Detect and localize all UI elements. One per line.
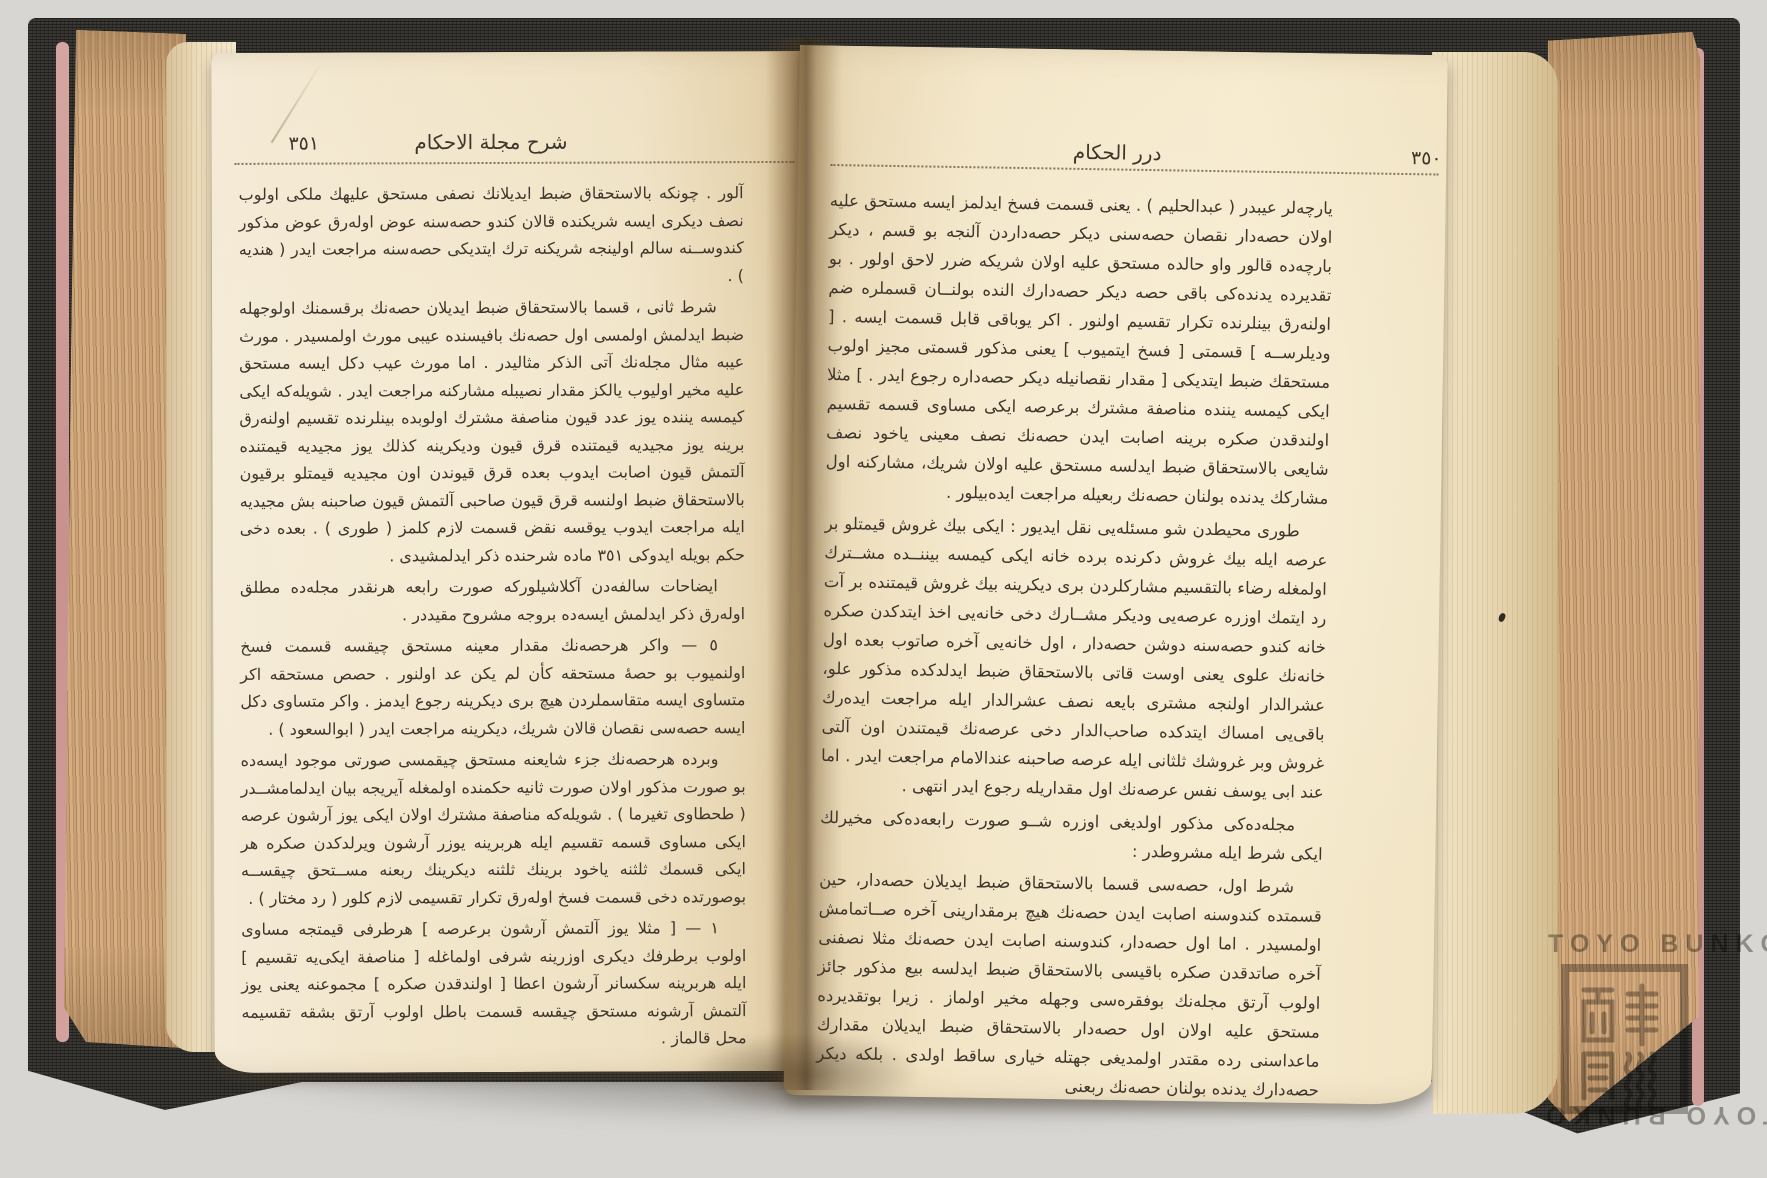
page-edges-right [1548,32,1700,1126]
running-title-right: درر الحكام [865,137,1368,169]
left-page-text: آلور . چونكه بالاستحقاق ضبط ايديلانك نصف… [239,179,747,1053]
left-page-content: ٣٥١ شرح مجلة الاحكام آلور . چونكه بالاست… [238,125,746,1057]
text-paragraph: طورى محيطدن شو مسئله‌يى نقل ايديور : ايك… [820,509,1327,807]
running-title-left: شرح مجلة الاحكام [238,129,743,155]
text-paragraph: شرط اول، حصه‌سى قسما بالاستحقاق ضبط ايدي… [816,865,1323,1105]
text-paragraph: وبرده هرحصه‌نك جزء شايعنه مستحق چيقمسى ص… [241,745,747,912]
photograph-background: ٣٥١ شرح مجلة الاحكام آلور . چونكه بالاست… [0,0,1767,1178]
left-page-header: ٣٥١ شرح مجلة الاحكام [238,125,743,163]
text-paragraph: شرط ثانى ، قسما بالاستحقاق ضبط ايديلان ح… [239,293,745,570]
page-stack-right [1432,52,1558,1114]
page-number-right: ٣٥٠ [1411,147,1442,169]
text-paragraph: ايضاحات سالفه‌دن آكلاشيلوركه صورت رابعه … [240,572,745,629]
text-paragraph: آلور . چونكه بالاستحقاق ضبط ايديلانك نصف… [239,179,744,291]
text-paragraph: يارچه‌لر عيبدر ( عبدالحليم ) . يعنى قسمت… [825,186,1333,513]
right-page-text: يارچه‌لر عيبدر ( عبدالحليم ) . يعنى قسمت… [816,186,1333,1105]
right-page-content: درر الحكام ٣٥٠ يارچه‌لر عيبدر ( عبدالحلي… [816,128,1334,1109]
text-paragraph: ١ — [ مثلا يوز آلتمش آرشون برعرصه ] هرطر… [241,914,746,1053]
text-paragraph: ٥ — واكر هرحصه‌نك مقدار معينه مستحق چيقس… [240,631,745,743]
text-paragraph: مجله‌ده‌كى مذكور اولديغى اوزره شــو صورت… [819,803,1323,869]
